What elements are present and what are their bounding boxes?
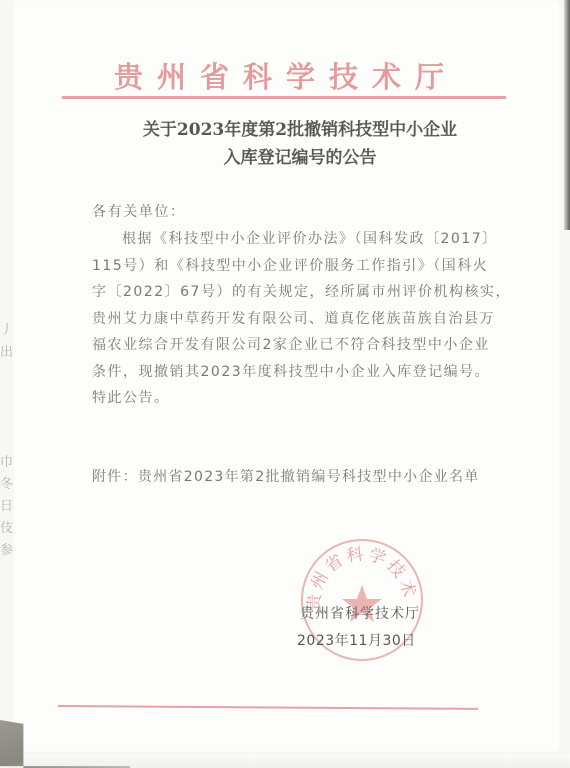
bleed-char: 巾 [0,452,22,474]
notice-body: 根据《科技型中小企业评价办法》（国科发政〔2017〕 115号）和《科技型中小企… [92,226,492,412]
body-line: 特此公告。 [92,385,492,412]
salutation: 各有关单位： [92,201,186,221]
notice-title: 关于2023年度第2批撤销科技型中小企业 入库登记编号的公告 [100,116,500,172]
body-line: 福农业综合开发有限公司2家企业已不符合科技型中小企业 [92,332,492,359]
bleed-char: 参 [0,540,22,562]
body-line: 字〔2022〕67号）的有关规定，经所属市州评价机构核实， [92,279,492,306]
bleed-char: 伎 [0,518,22,540]
page-edge-shadow [564,0,570,230]
issuer-name: 贵州省科学技术厅 [300,603,420,623]
adjacent-page-bleed-through: 丿 出 巾 冬 日 伎 参 [0,320,22,562]
title-line-2: 入库登记编号的公告 [100,144,500,172]
issue-date: 2023年11月30日 [297,630,416,650]
bleed-char: 日 [0,496,22,518]
body-line: 115号）和《科技型中小企业评价服务工作指引》（国科火 [92,253,492,280]
body-line: 条件，现撤销其2023年度科技型中小企业入库登记编号。 [92,359,492,386]
body-line: 贵州艾力康中草药开发有限公司、道真仡佬族苗族自治县万 [92,306,492,333]
bleed-char: 丿 [0,320,22,342]
letterhead-org-name: 贵州省科学技术厅 [86,55,486,96]
bleed-char: 冬 [0,474,22,496]
bleed-char: 出 [0,342,22,364]
body-line: 根据《科技型中小企业评价办法》（国科发政〔2017〕 [92,226,492,253]
letterhead-rule-extension [62,96,506,99]
attachment-line: 附件：贵州省2023年第2批撤销编号科技型中小企业名单 [92,466,480,486]
title-line-1: 关于2023年度第2批撤销科技型中小企业 [100,116,500,144]
page-bottom-edge [0,754,570,768]
